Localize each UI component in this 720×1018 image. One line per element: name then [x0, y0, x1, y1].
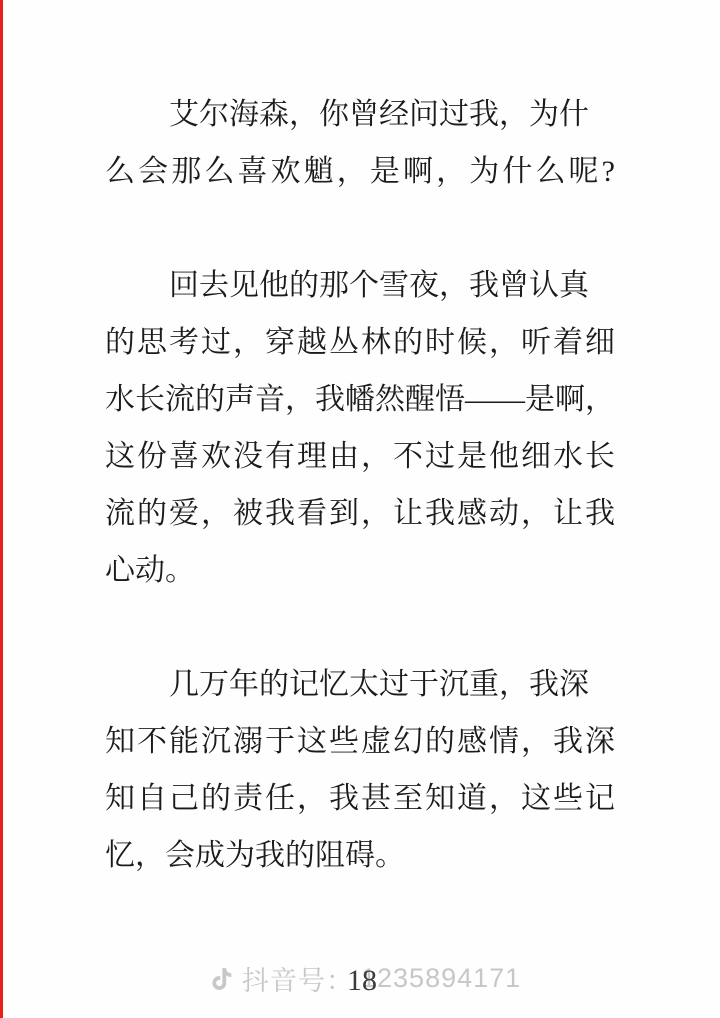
book-page: 艾尔海森，你曾经问过我，为什么会那么喜欢魈，是啊，为什么呢?回去见他的那个雪夜，… [0, 0, 720, 1018]
text-line: 忆，会成为我的阻碍。 [105, 827, 615, 884]
text-line: 水长流的声音，我幡然醒悟——是啊， [105, 371, 615, 428]
page-number: 18 [347, 964, 377, 998]
paragraph: 艾尔海森，你曾经问过我，为什么会那么喜欢魈，是啊，为什么呢? [105, 86, 615, 200]
text-block: 艾尔海森，你曾经问过我，为什么会那么喜欢魈，是啊，为什么呢?回去见他的那个雪夜，… [105, 86, 615, 941]
text-line: 几万年的记忆太过于沉重，我深 [105, 656, 615, 713]
text-line: 么会那么喜欢魈，是啊，为什么呢? [105, 143, 615, 200]
text-line: 知不能沉溺于这些虚幻的感情，我深 [105, 713, 615, 770]
text-line: 艾尔海森，你曾经问过我，为什 [105, 86, 615, 143]
text-line: 的思考过，穿越丛林的时候，听着细 [105, 314, 615, 371]
text-line: 流的爱，被我看到，让我感动，让我 [105, 485, 615, 542]
text-line: 知自己的责任，我甚至知道，这些记 [105, 770, 615, 827]
paragraph: 几万年的记忆太过于沉重，我深知不能沉溺于这些虚幻的感情，我深知自己的责任，我甚至… [105, 656, 615, 884]
text-line: 回去见他的那个雪夜，我曾认真 [105, 257, 615, 314]
watermark-label: 抖音号： [242, 959, 354, 998]
watermark-number: 1235894171 [361, 963, 521, 994]
douyin-note-icon [209, 964, 235, 994]
text-line: 心动。 [105, 542, 615, 599]
left-edge-red-line [0, 0, 3, 1018]
paragraph: 回去见他的那个雪夜，我曾认真的思考过，穿越丛林的时候，听着细水长流的声音，我幡然… [105, 257, 615, 599]
text-line: 这份喜欢没有理由，不过是他细水长 [105, 428, 615, 485]
